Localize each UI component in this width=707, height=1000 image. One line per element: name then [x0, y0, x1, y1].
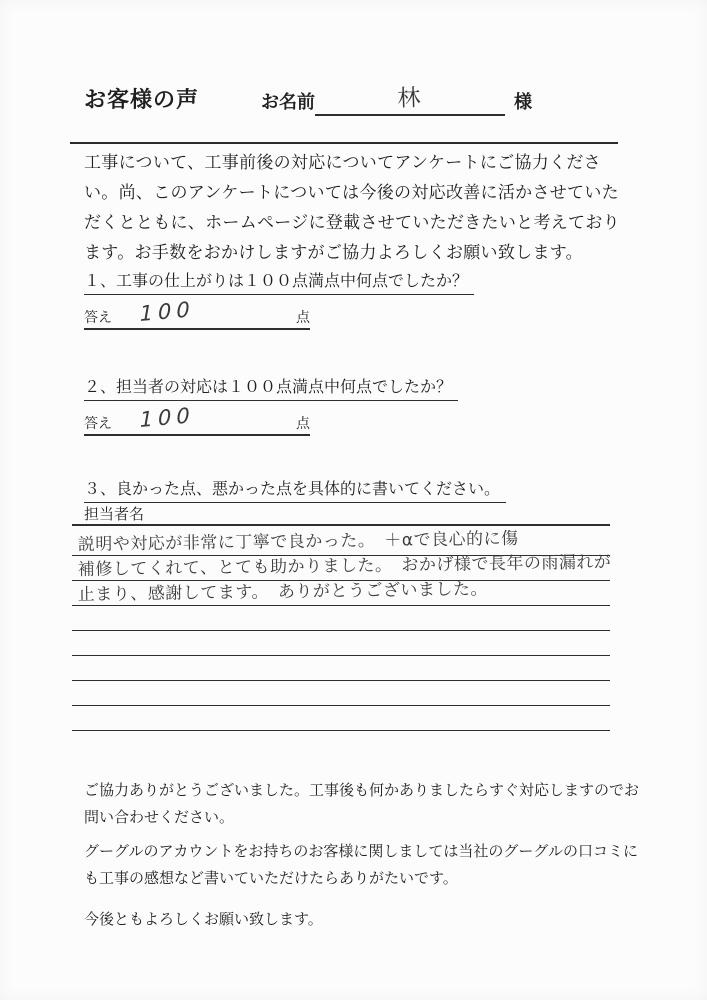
- blank-ruled-line: [72, 631, 610, 656]
- survey-content: お客様の声 お名前林様 工事について、工事前後の対応についてアンケートにご協力く…: [84, 0, 614, 940]
- question-1-heading: １、工事の仕上がりは１００点満点中何点でしたか？: [84, 268, 614, 292]
- blank-ruled-line: [72, 606, 610, 631]
- staff-name-label: 担当者名: [84, 503, 144, 524]
- question-3-label: ３、良かった点、悪かった点を具体的に書いてください。: [84, 476, 506, 503]
- header-divider: [70, 142, 618, 144]
- scanned-survey-sheet: お客様の声 お名前林様 工事について、工事前後の対応についてアンケートにご協力く…: [0, 0, 707, 1000]
- honorific-label: 様: [514, 88, 532, 114]
- closing-paragraph-1: ご協力ありがとうございました。工事後も何かありましたらすぐ対応しますのでお問い合…: [84, 777, 614, 831]
- blank-ruled-line: [72, 706, 610, 731]
- closing-paragraph-2: グーグルのアカウントをお持ちのお客様に関しましては当社のグーグルの口コミにも工事…: [84, 838, 614, 892]
- answer-label: 答え: [84, 307, 112, 328]
- handwritten-score-2: 100: [140, 403, 195, 434]
- intro-line: ます。お手数をおかけしますがご協力よろしくお願い致します。: [84, 238, 614, 268]
- closing-section: ご協力ありがとうございました。工事後も何かありましたらすぐ対応しますのでお問い合…: [84, 777, 614, 933]
- handwritten-name: 林: [397, 83, 422, 114]
- intro-line: い。尚、このアンケートについては今後の対応改善に活かさせていた: [84, 178, 614, 208]
- handwritten-comment-row: 止まり、感謝してます。 ありがとうございました。: [72, 581, 610, 606]
- question-2-label: ２、担当者の対応は１００点満点中何点でしたか？: [84, 374, 458, 401]
- answer-label: 答え: [84, 413, 112, 434]
- question-3-heading: ３、良かった点、悪かった点を具体的に書いてください。: [84, 476, 614, 500]
- staff-name-row: 担当者名: [72, 504, 610, 526]
- blank-ruled-line: [72, 681, 610, 706]
- page-title: お客様の声: [84, 83, 199, 114]
- name-underline: 林: [315, 84, 505, 116]
- intro-paragraph: 工事について、工事前後の対応についてアンケートにご協力くださ い。尚、このアンケ…: [84, 148, 614, 268]
- handwritten-comment-line: 止まり、感謝してます。 ありがとうございました。: [78, 574, 488, 605]
- question-1-answer-row: 答え 100 点: [84, 304, 310, 330]
- closing-paragraph-3: 今後ともよろしくお願い致します。: [84, 906, 614, 933]
- name-label: お名前: [261, 88, 315, 114]
- header: お客様の声 お名前林様: [84, 84, 614, 114]
- intro-line: 工事について、工事前後の対応についてアンケートにご協力くださ: [84, 148, 614, 178]
- answer-unit: 点: [296, 413, 310, 434]
- question-1-label: １、工事の仕上がりは１００点満点中何点でしたか？: [84, 268, 474, 295]
- name-field: お名前林様: [261, 84, 532, 114]
- question-2-heading: ２、担当者の対応は１００点満点中何点でしたか？: [84, 374, 614, 398]
- blank-ruled-line: [72, 656, 610, 681]
- intro-line: だくとともに、ホームページに登載させていただきたいと考えており: [84, 208, 614, 238]
- question-2-answer-row: 答え 100 点: [84, 410, 310, 436]
- handwritten-score-1: 100: [140, 297, 195, 328]
- answer-unit: 点: [296, 307, 310, 328]
